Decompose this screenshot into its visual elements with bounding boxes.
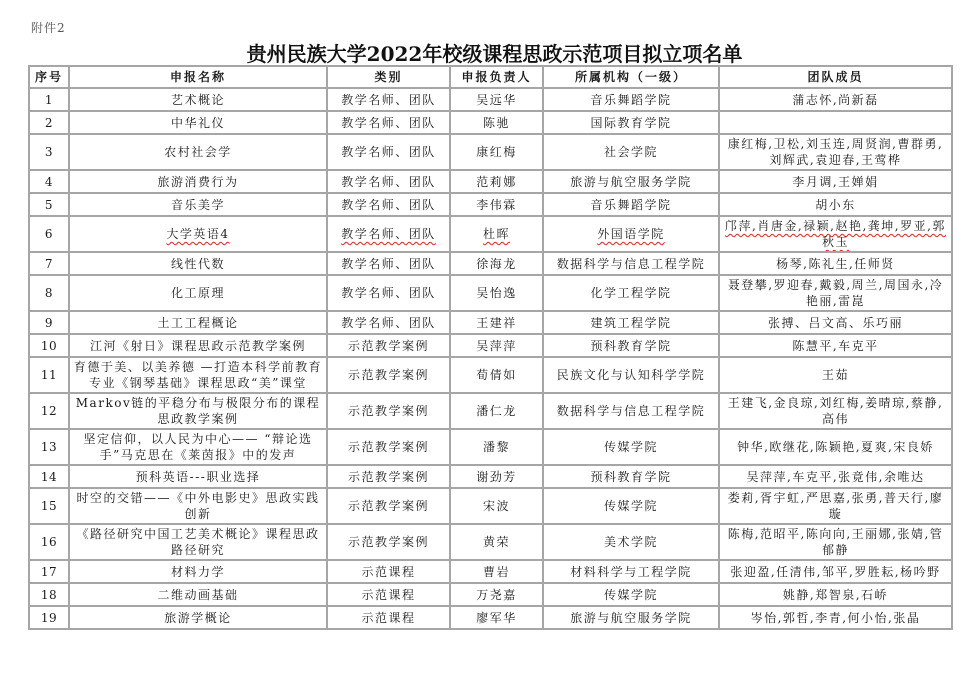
cell-project-name: 艺术概论 [69,88,327,111]
cell-leader: 万尧嘉 [450,583,543,606]
cell-project-name: 土工工程概论 [69,311,327,334]
cell-project-name: 育德于美、以美养德 —打造本科学前教育专业《钢琴基础》课程思政“美”课堂 [69,357,327,393]
cell-leader: 徐海龙 [450,252,543,275]
cell-category: 教学名师、团队 [327,311,450,334]
cell-team-members [719,111,952,134]
cell-serial-no: 19 [29,606,69,629]
cell-project-name: 大学英语4 [69,216,327,252]
cell-category: 示范教学案例 [327,429,450,465]
table-row: 11 育德于美、以美养德 —打造本科学前教育专业《钢琴基础》课程思政“美”课堂 … [29,357,952,393]
cell-category: 教学名师、团队 [327,111,450,134]
cell-organization: 预科教育学院 [543,465,719,488]
cell-organization: 建筑工程学院 [543,311,719,334]
cell-leader: 黄荣 [450,524,543,560]
cell-serial-no: 6 [29,216,69,252]
cell-category: 示范教学案例 [327,488,450,524]
table-row: 2 中华礼仪 教学名师、团队 陈驰 国际教育学院 [29,111,952,134]
cell-serial-no: 1 [29,88,69,111]
cell-serial-no: 9 [29,311,69,334]
cell-category: 教学名师、团队 [327,193,450,216]
cell-project-name: 材料力学 [69,560,327,583]
cell-organization: 数据科学与信息工程学院 [543,252,719,275]
cell-category: 教学名师、团队 [327,170,450,193]
cell-organization: 社会学院 [543,134,719,170]
cell-organization: 旅游与航空服务学院 [543,606,719,629]
cell-category: 示范教学案例 [327,465,450,488]
cell-team-members: 王茹 [719,357,952,393]
cell-category: 示范教学案例 [327,393,450,429]
cell-team-members: 邝萍,肖唐金,禄颖,赵艳,龚坤,罗亚,郭秋玉 [719,216,952,252]
cell-project-name: 音乐美学 [69,193,327,216]
spellcheck-flagged-text: 邝萍,肖唐金,禄颖,赵艳,龚坤,罗亚,郭秋玉 [725,219,946,249]
cell-team-members: 娄莉,胥宇虹,严思嘉,张勇,普天行,廖璇 [719,488,952,524]
cell-project-name: 中华礼仪 [69,111,327,134]
cell-serial-no: 16 [29,524,69,560]
project-list-table: 序号 申报名称 类别 申报负责人 所属机构（一级） 团队成员 1 艺术概论 教学… [28,65,953,630]
table-row: 18 二维动画基础 示范课程 万尧嘉 传媒学院 姚静,郑智泉,石峤 [29,583,952,606]
cell-serial-no: 10 [29,334,69,357]
header-project-name: 申报名称 [69,66,327,88]
cell-organization: 传媒学院 [543,429,719,465]
cell-category: 教学名师、团队 [327,216,450,252]
cell-organization: 数据科学与信息工程学院 [543,393,719,429]
cell-category: 教学名师、团队 [327,88,450,111]
cell-project-name: 坚定信仰，以人民为中心—— “辩论选手”马克思在《莱茵报》中的发声 [69,429,327,465]
cell-organization: 预科教育学院 [543,334,719,357]
cell-leader: 陈驰 [450,111,543,134]
table-row: 13 坚定信仰，以人民为中心—— “辩论选手”马克思在《莱茵报》中的发声 示范教… [29,429,952,465]
cell-serial-no: 5 [29,193,69,216]
cell-leader: 荀倩如 [450,357,543,393]
cell-leader: 曹岩 [450,560,543,583]
cell-leader: 吴怡逸 [450,275,543,311]
cell-team-members: 陈慧平,车克平 [719,334,952,357]
cell-category: 示范课程 [327,583,450,606]
table-row: 3 农村社会学 教学名师、团队 康红梅 社会学院 康红梅,卫松,刘玉连,周贤润,… [29,134,952,170]
document-title: 贵州民族大学2022年校级课程思政示范项目拟立项名单 [0,38,973,67]
cell-organization: 民族文化与认知科学学院 [543,357,719,393]
cell-organization: 材料科学与工程学院 [543,560,719,583]
cell-organization: 化学工程学院 [543,275,719,311]
table-row: 5 音乐美学 教学名师、团队 李伟霖 音乐舞蹈学院 胡小东 [29,193,952,216]
table-row: 10 江河《射日》课程思政示范教学案例 示范教学案例 吴萍萍 预科教育学院 陈慧… [29,334,952,357]
cell-project-name: 旅游学概论 [69,606,327,629]
table-row: 9 土工工程概论 教学名师、团队 王建祥 建筑工程学院 张搏、吕文高、乐巧丽 [29,311,952,334]
cell-serial-no: 11 [29,357,69,393]
cell-leader: 吴远华 [450,88,543,111]
cell-project-name: 农村社会学 [69,134,327,170]
cell-team-members: 吴萍萍,车克平,张竟伟,余唯达 [719,465,952,488]
cell-serial-no: 15 [29,488,69,524]
cell-project-name: 时空的交错——《中外电影史》思政实践创新 [69,488,327,524]
attachment-label: 附件2 [31,19,66,36]
header-organization: 所属机构（一级） [543,66,719,88]
cell-team-members: 胡小东 [719,193,952,216]
cell-serial-no: 18 [29,583,69,606]
cell-team-members: 蒲志怀,尚新磊 [719,88,952,111]
cell-team-members: 张搏、吕文高、乐巧丽 [719,311,952,334]
table-row: 4 旅游消费行为 教学名师、团队 范莉娜 旅游与航空服务学院 李月调,王婵娟 [29,170,952,193]
spellcheck-flagged-text: 杜晖 [483,227,510,241]
cell-project-name: 线性代数 [69,252,327,275]
cell-leader: 廖军华 [450,606,543,629]
cell-organization: 音乐舞蹈学院 [543,193,719,216]
cell-category: 教学名师、团队 [327,134,450,170]
cell-leader: 康红梅 [450,134,543,170]
cell-serial-no: 12 [29,393,69,429]
cell-leader: 吴萍萍 [450,334,543,357]
cell-leader: 王建祥 [450,311,543,334]
cell-leader: 谢劲芳 [450,465,543,488]
cell-category: 示范课程 [327,606,450,629]
header-leader: 申报负责人 [450,66,543,88]
cell-team-members: 姚静,郑智泉,石峤 [719,583,952,606]
table-row: 15 时空的交错——《中外电影史》思政实践创新 示范教学案例 宋波 传媒学院 娄… [29,488,952,524]
cell-category: 示范教学案例 [327,334,450,357]
cell-category: 教学名师、团队 [327,252,450,275]
cell-serial-no: 7 [29,252,69,275]
cell-project-name: 二维动画基础 [69,583,327,606]
table-row: 12 Markov链的平稳分布与极限分布的课程思政教学案例 示范教学案例 潘仁龙… [29,393,952,429]
cell-leader: 宋波 [450,488,543,524]
spellcheck-flagged-text: 大学英语4 [166,227,229,241]
header-team-members: 团队成员 [719,66,952,88]
cell-serial-no: 17 [29,560,69,583]
cell-category: 示范课程 [327,560,450,583]
cell-category: 示范教学案例 [327,357,450,393]
cell-serial-no: 3 [29,134,69,170]
table-row: 19 旅游学概论 示范课程 廖军华 旅游与航空服务学院 岑怡,郭哲,李青,何小怡… [29,606,952,629]
spellcheck-flagged-text: 外国语学院 [597,227,665,241]
cell-project-name: 预科英语---职业选择 [69,465,327,488]
cell-serial-no: 13 [29,429,69,465]
cell-organization: 国际教育学院 [543,111,719,134]
table-row: 7 线性代数 教学名师、团队 徐海龙 数据科学与信息工程学院 杨琴,陈礼生,任师… [29,252,952,275]
cell-organization: 音乐舞蹈学院 [543,88,719,111]
cell-serial-no: 8 [29,275,69,311]
header-serial-no: 序号 [29,66,69,88]
cell-category: 教学名师、团队 [327,275,450,311]
cell-serial-no: 14 [29,465,69,488]
table-row: 8 化工原理 教学名师、团队 吴怡逸 化学工程学院 聂登攀,罗迎春,戴毅,周兰,… [29,275,952,311]
table-row: 16 《路径研究中国工艺美术概论》课程思政路径研究 示范教学案例 黄荣 美术学院… [29,524,952,560]
cell-team-members: 李月调,王婵娟 [719,170,952,193]
cell-project-name: 旅游消费行为 [69,170,327,193]
cell-team-members: 岑怡,郭哲,李青,何小怡,张晶 [719,606,952,629]
cell-serial-no: 4 [29,170,69,193]
cell-team-members: 陈梅,范昭平,陈向向,王丽娜,张婧,管郁静 [719,524,952,560]
table-row: 1 艺术概论 教学名师、团队 吴远华 音乐舞蹈学院 蒲志怀,尚新磊 [29,88,952,111]
header-category: 类别 [327,66,450,88]
cell-leader: 潘仁龙 [450,393,543,429]
cell-team-members: 张迎盈,任清伟,邹平,罗胜耘,杨吟野 [719,560,952,583]
cell-team-members: 杨琴,陈礼生,任师贤 [719,252,952,275]
cell-leader: 杜晖 [450,216,543,252]
cell-team-members: 王建飞,金良琼,刘红梅,姜晴琼,蔡静,高伟 [719,393,952,429]
cell-project-name: 《路径研究中国工艺美术概论》课程思政路径研究 [69,524,327,560]
cell-organization: 美术学院 [543,524,719,560]
cell-team-members: 聂登攀,罗迎春,戴毅,周兰,周国永,冷艳丽,雷崑 [719,275,952,311]
cell-organization: 外国语学院 [543,216,719,252]
cell-leader: 李伟霖 [450,193,543,216]
cell-category: 示范教学案例 [327,524,450,560]
cell-leader: 范莉娜 [450,170,543,193]
table-row: 17 材料力学 示范课程 曹岩 材料科学与工程学院 张迎盈,任清伟,邹平,罗胜耘… [29,560,952,583]
cell-leader: 潘黎 [450,429,543,465]
cell-project-name: Markov链的平稳分布与极限分布的课程思政教学案例 [69,393,327,429]
cell-serial-no: 2 [29,111,69,134]
table-row: 6 大学英语4 教学名师、团队 杜晖 外国语学院 邝萍,肖唐金,禄颖,赵艳,龚坤… [29,216,952,252]
cell-project-name: 化工原理 [69,275,327,311]
cell-team-members: 钟华,欧继花,陈颖艳,夏爽,宋良娇 [719,429,952,465]
cell-project-name: 江河《射日》课程思政示范教学案例 [69,334,327,357]
table-row: 14 预科英语---职业选择 示范教学案例 谢劲芳 预科教育学院 吴萍萍,车克平… [29,465,952,488]
spellcheck-flagged-text: 教学名师、团队 [341,227,436,241]
cell-organization: 传媒学院 [543,488,719,524]
table-header-row: 序号 申报名称 类别 申报负责人 所属机构（一级） 团队成员 [29,66,952,88]
cell-team-members: 康红梅,卫松,刘玉连,周贤润,曹群勇,刘辉武,袁迎春,王莺桦 [719,134,952,170]
cell-organization: 传媒学院 [543,583,719,606]
cell-organization: 旅游与航空服务学院 [543,170,719,193]
